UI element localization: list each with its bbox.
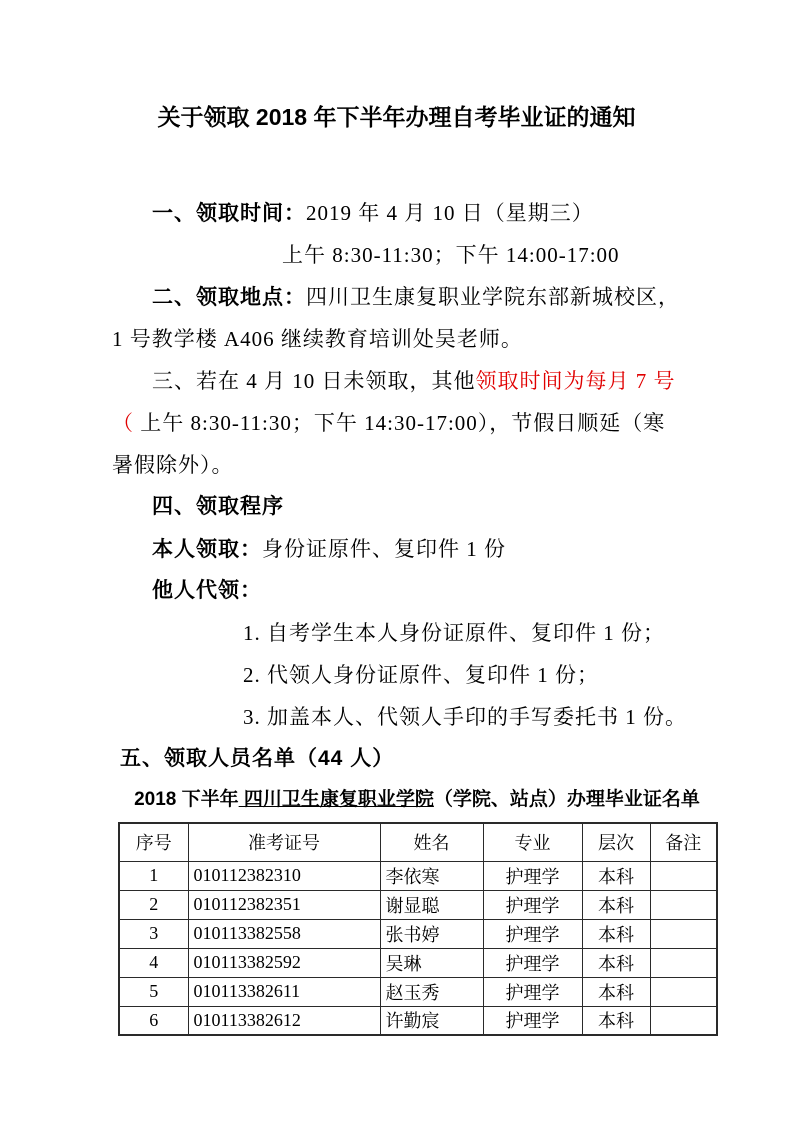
table-cell: 4: [119, 948, 188, 977]
section5-heading: 五、领取人员名单（44 人）: [112, 738, 722, 780]
section3-line1: 三、若在 4 月 10 日未领取，其他领取时间为每月 7 号: [112, 360, 722, 402]
section1-text: 2019 年 4 月 10 日（星期三）: [306, 201, 594, 225]
table-cell: [650, 977, 717, 1006]
section4-proxy-label: 他人代领：: [112, 570, 722, 612]
section2-text: 四川卫生康复职业学院东部新城校区，: [306, 285, 680, 309]
section2-line2: 1 号教学楼 A406 继续教育培训处吴老师。: [112, 318, 722, 360]
table-header-cell: 备注: [650, 823, 717, 861]
table-cell: 6: [119, 1006, 188, 1035]
table-header-cell: 层次: [582, 823, 650, 861]
table-cell: 010113382592: [188, 948, 380, 977]
table-cell: 010112382310: [188, 861, 380, 890]
table-cell: 010113382612: [188, 1006, 380, 1035]
section1-line2: 上午 8:30-11:30；下午 14:00-17:00: [112, 234, 722, 276]
section3-red-paren: （: [112, 411, 134, 435]
list-item-3: 3. 加盖本人、代领人手印的手写委托书 1 份。: [112, 696, 722, 738]
section4-heading: 四、领取程序: [112, 486, 722, 528]
table-cell: 010113382558: [188, 919, 380, 948]
roster-section: 2018 下半年 四川卫生康复职业学院（学院、站点）办理毕业证名单 序号准考证号…: [118, 782, 716, 1036]
table-row: 3010113382558张书婷护理学本科: [119, 919, 717, 948]
document-page: 关于领取 2018 年下半年办理自考毕业证的通知 一、领取时间：2019 年 4…: [0, 0, 793, 1122]
section3-black-text: 三、若在 4 月 10 日未领取，其他: [152, 369, 476, 393]
table-cell: 5: [119, 977, 188, 1006]
table-cell: [650, 861, 717, 890]
table-row: 4010113382592吴琳护理学本科: [119, 948, 717, 977]
list-item-2: 2. 代领人身份证原件、复印件 1 份；: [112, 654, 722, 696]
table-cell: 本科: [582, 919, 650, 948]
table-header-cell: 准考证号: [188, 823, 380, 861]
graduates-table: 序号准考证号姓名专业层次备注 1010112382310李依寒护理学本科2010…: [118, 822, 718, 1036]
table-row: 6010113382612许勤宸护理学本科: [119, 1006, 717, 1035]
table-cell: [650, 948, 717, 977]
table-title: 2018 下半年 四川卫生康复职业学院（学院、站点）办理毕业证名单: [118, 782, 716, 818]
table-cell: 谢显聪: [380, 890, 483, 919]
table-row: 2010112382351谢显聪护理学本科: [119, 890, 717, 919]
section2-line1: 二、领取地点：四川卫生康复职业学院东部新城校区，: [112, 276, 722, 318]
section2-label: 二、领取地点：: [152, 286, 306, 309]
table-cell: 1: [119, 861, 188, 890]
table-header-cell: 专业: [483, 823, 582, 861]
table-cell: 李依寒: [380, 861, 483, 890]
table-cell: 护理学: [483, 919, 582, 948]
table-cell: 张书婷: [380, 919, 483, 948]
table-cell: 010113382611: [188, 977, 380, 1006]
document-title: 关于领取 2018 年下半年办理自考毕业证的通知: [0, 101, 793, 133]
table-cell: 本科: [582, 890, 650, 919]
table-cell: 护理学: [483, 1006, 582, 1035]
table-header-row: 序号准考证号姓名专业层次备注: [119, 823, 717, 861]
section1-line1: 一、领取时间：2019 年 4 月 10 日（星期三）: [112, 192, 722, 234]
table-cell: 2: [119, 890, 188, 919]
section4-self-label: 本人领取：: [152, 538, 262, 561]
section4-self-text: 身份证原件、复印件 1 份: [262, 537, 506, 561]
section3-line2: （ 上午 8:30-11:30；下午 14:30-17:00），节假日顺延（寒: [112, 402, 722, 444]
table-cell: 护理学: [483, 977, 582, 1006]
table-cell: 护理学: [483, 861, 582, 890]
table-row: 5010113382611赵玉秀护理学本科: [119, 977, 717, 1006]
table-cell: 本科: [582, 1006, 650, 1035]
table-header-cell: 序号: [119, 823, 188, 861]
table-cell: 3: [119, 919, 188, 948]
table-cell: [650, 919, 717, 948]
table-cell: 本科: [582, 948, 650, 977]
table-cell: 护理学: [483, 948, 582, 977]
table-cell: 010112382351: [188, 890, 380, 919]
table-cell: 吴琳: [380, 948, 483, 977]
table-cell: 许勤宸: [380, 1006, 483, 1035]
section1-label: 一、领取时间：: [152, 202, 306, 225]
table-title-suffix: （学院、站点）办理毕业证名单: [434, 789, 700, 810]
table-row: 1010112382310李依寒护理学本科: [119, 861, 717, 890]
table-cell: 护理学: [483, 890, 582, 919]
table-title-school-underlined: 四川卫生康复职业学院: [239, 789, 434, 810]
section3-line3: 暑假除外）。: [112, 444, 722, 486]
document-body: 一、领取时间：2019 年 4 月 10 日（星期三） 上午 8:30-11:3…: [112, 192, 722, 1036]
section3-line2-text: 上午 8:30-11:30；下午 14:30-17:00），节假日顺延（寒: [134, 411, 665, 435]
table-title-prefix: 2018 下半年: [134, 789, 239, 810]
table-header-cell: 姓名: [380, 823, 483, 861]
list-item-1: 1. 自考学生本人身份证原件、复印件 1 份；: [112, 612, 722, 654]
table-cell: 本科: [582, 977, 650, 1006]
table-cell: [650, 890, 717, 919]
section4-self-line: 本人领取：身份证原件、复印件 1 份: [112, 528, 722, 570]
table-cell: [650, 1006, 717, 1035]
table-cell: 本科: [582, 861, 650, 890]
section3-red-text: 领取时间为每月 7 号: [476, 369, 676, 393]
table-cell: 赵玉秀: [380, 977, 483, 1006]
